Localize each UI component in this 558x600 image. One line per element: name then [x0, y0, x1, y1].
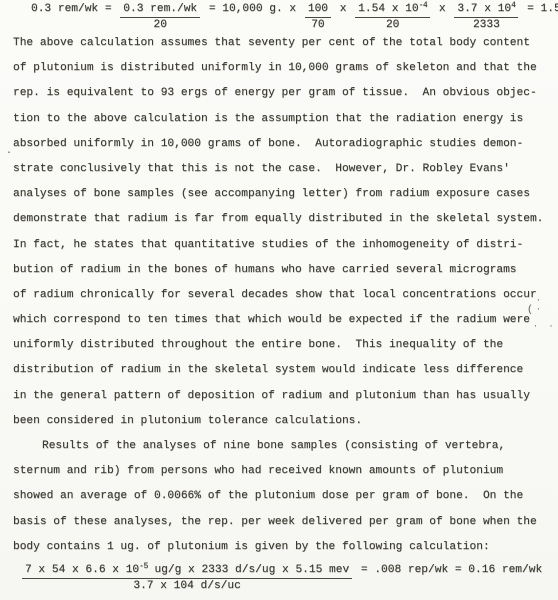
fraction-rem-per-wk: 0.3 rem./wk20 — [120, 2, 200, 32]
fraction-dose-calculation: 7 x 54 x 6.6 x 10-5 ug/g x 2333 d/s/ug x… — [22, 563, 352, 593]
numerator-base: 7 x 54 x 6.6 x 10 — [25, 564, 139, 576]
formula-lhs: 0.3 rem/wk = — [31, 2, 118, 16]
fraction-100-70: 10070 — [305, 2, 331, 32]
paragraph-bone-sample-results: Results of the analyses of nine bone sam… — [13, 434, 554, 560]
document-content: 0.3 rem/wk = 0.3 rem./wk20 = 10,000 g. x… — [0, 0, 558, 593]
body-line: In fact, he states that quantitative stu… — [13, 233, 554, 258]
fraction-activity-factor: 3.7 x 1042333 — [454, 2, 518, 32]
body-line: which correspond to ten times that which… — [13, 308, 554, 333]
fraction-denominator: 70 — [305, 18, 331, 32]
body-line: rep. is equivalent to 93 ergs of energy … — [13, 81, 554, 106]
body-line: analyses of bone samples (see accompanyi… — [13, 182, 554, 207]
exponent: -5 — [139, 562, 148, 571]
body-line: bution of radium in the bones of humans … — [13, 258, 554, 283]
exponent: -4 — [419, 1, 428, 10]
fraction-denominator: 2333 — [454, 18, 518, 32]
body-line: uniformly distributed throughout the ent… — [13, 333, 554, 358]
scanned-document-page: 0.3 rem/wk = 0.3 rem./wk20 = 10,000 g. x… — [0, 0, 558, 600]
body-line: Results of the analyses of nine bone sam… — [13, 434, 554, 459]
fraction-energy-factor: 1.54 x 10-420 — [355, 2, 430, 32]
body-line: been considered in plutonium tolerance c… — [13, 409, 554, 434]
fraction-numerator: 3.7 x 104 — [454, 2, 518, 18]
body-line: absorbed uniformly in 10,000 grams of bo… — [13, 132, 554, 157]
formula-result: = .008 rep/wk = 0.16 rem/wk — [354, 563, 542, 577]
body-line: strate conclusively that this is not the… — [13, 157, 554, 182]
formula-equals-mass: = 10,000 g. x — [202, 2, 303, 16]
body-line: sternum and rib) from persons who had re… — [13, 459, 554, 484]
body-line: body contains 1 ug. of plutonium is give… — [13, 535, 554, 560]
formula-dose-per-gram: 7 x 54 x 6.6 x 10-5 ug/g x 2333 d/s/ug x… — [20, 563, 554, 593]
scan-artifact-dots: · · — [533, 322, 556, 331]
scan-artifact-dot: . — [6, 146, 12, 157]
body-line: of radium chronically for several decade… — [13, 283, 554, 308]
fraction-denominator: 3.7 x 104 d/s/uc — [22, 579, 352, 593]
body-line: The above calculation assumes that seven… — [13, 31, 554, 56]
scan-artifact-dots: · · — [536, 296, 558, 314]
fraction-denominator: 20 — [120, 18, 200, 32]
scan-artifact-mark: ( — [527, 305, 533, 316]
body-line: of plutonium is distributed uniformly in… — [13, 56, 554, 81]
fraction-numerator: 7 x 54 x 6.6 x 10-5 ug/g x 2333 d/s/ug x… — [22, 563, 352, 579]
formula-result: = 1.5 ug.eq — [520, 2, 558, 16]
formula-tolerance-dose: 0.3 rem/wk = 0.3 rem./wk20 = 10,000 g. x… — [31, 2, 554, 31]
body-line: showed an average of 0.0066% of the plut… — [13, 484, 554, 509]
paragraph-assumptions: The above calculation assumes that seven… — [13, 31, 554, 434]
fraction-numerator: 0.3 rem./wk — [120, 2, 200, 18]
fraction-numerator: 1.54 x 10-4 — [355, 2, 430, 18]
body-line: distribution of radium in the skeletal s… — [13, 358, 554, 383]
times-sign: x — [432, 2, 452, 16]
fraction-denominator: 20 — [355, 18, 430, 32]
body-line: in the general pattern of deposition of … — [13, 384, 554, 409]
body-line: tion to the above calculation is the ass… — [13, 107, 554, 132]
exponent: 4 — [511, 1, 515, 10]
numerator-base: 3.7 x 10 — [457, 3, 511, 15]
numerator-rest: ug/g x 2333 d/s/ug x 5.15 mev — [148, 564, 349, 576]
body-line: demonstrate that radium is far from equa… — [13, 207, 554, 232]
fraction-numerator: 100 — [305, 2, 331, 18]
times-sign: x — [333, 2, 353, 16]
body-line: basis of these analyses, the rep. per we… — [13, 510, 554, 535]
numerator-base: 1.54 x 10 — [358, 3, 418, 15]
